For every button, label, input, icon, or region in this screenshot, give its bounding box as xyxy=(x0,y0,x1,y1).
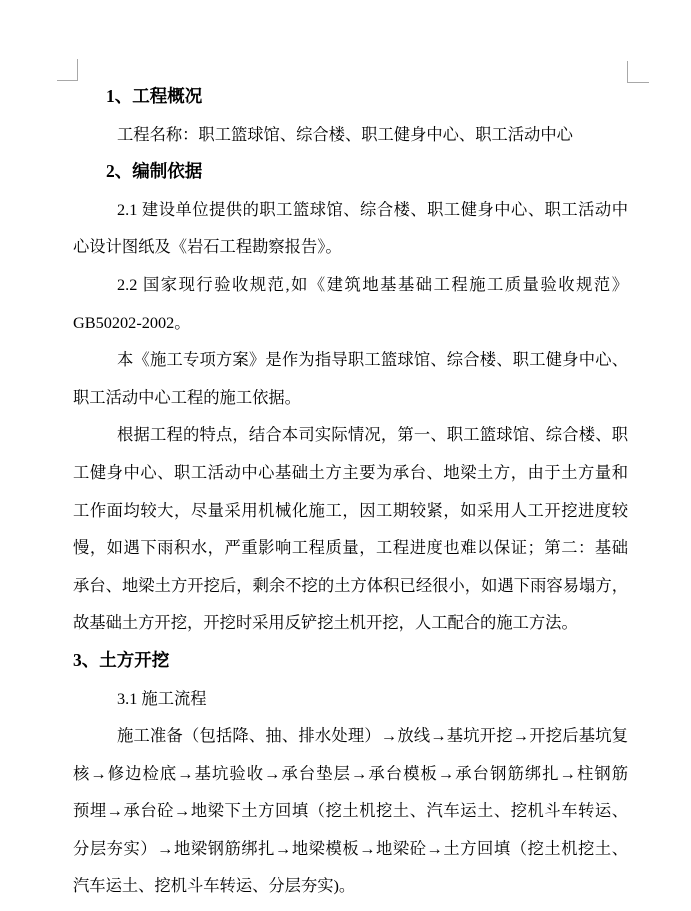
line-project-features-e: 承台、地梁土方开挖后，剩余不挖的土方体积已经很小，如遇下雨容易塌方， xyxy=(73,567,628,605)
line-project-features-f: 故基础土方开挖，开挖时采用反铲挖土机开挖，人工配合的施工方法。 xyxy=(73,604,628,642)
line-plan-purpose-a: 本《施工专项方案》是作为指导职工篮球馆、综合楼、职工健身中心、 xyxy=(73,341,628,379)
line-basis-2-1-a: 2.1 建设单位提供的职工篮球馆、综合楼、职工健身中心、职工活动中 xyxy=(73,191,628,229)
line-project-features-b: 工健身中心、职工活动中心基础土方主要为承台、地梁土方，由于土方量和 xyxy=(73,454,628,492)
line-project-features-c: 工作面均较大，尽量采用机械化施工，因工期较紧，如采用人工开挖进度较 xyxy=(73,492,628,530)
line-project-name: 工程名称：职工篮球馆、综合楼、职工健身中心、职工活动中心 xyxy=(73,116,628,154)
heading-3-earthwork-excavation: 3、土方开挖 xyxy=(73,642,628,680)
line-process-flow-a: 施工准备（包括降、抽、排水处理）→放线→基坑开挖→开挖后基坑复 xyxy=(73,717,628,755)
line-process-flow-c: 预埋→承台砼→地梁下土方回填（挖土机挖土、汽车运土、挖机斗车转运、 xyxy=(73,792,628,830)
line-basis-2-2-a: 2.2 国家现行验收规范,如《建筑地基基础工程施工质量验收规范》 xyxy=(73,266,628,304)
heading-1-project-overview: 1、工程概况 xyxy=(73,78,628,116)
line-basis-2-2-b: GB50202-2002。 xyxy=(73,304,628,342)
document-page: 1、工程概况 工程名称：职工篮球馆、综合楼、职工健身中心、职工活动中心 2、编制… xyxy=(0,0,691,911)
line-project-features-a: 根据工程的特点，结合本司实际情况，第一、职工篮球馆、综合楼、职 xyxy=(73,416,628,454)
line-process-flow-e: 汽车运土、挖机斗车转运、分层夯实)。 xyxy=(73,867,628,905)
line-project-features-d: 慢，如遇下雨积水，严重影响工程质量，工程进度也难以保证；第二：基础 xyxy=(73,529,628,567)
document-text-area: 1、工程概况 工程名称：职工篮球馆、综合楼、职工健身中心、职工活动中心 2、编制… xyxy=(73,78,628,905)
line-basis-2-1-b: 心设计图纸及《岩石工程勘察报告》。 xyxy=(73,228,628,266)
line-3-1-construction-process: 3.1 施工流程 xyxy=(73,680,628,718)
line-process-flow-b: 核→修边检底→基坑验收→承台垫层→承台模板→承台钢筋绑扎→柱钢筋 xyxy=(73,755,628,793)
heading-2-compilation-basis: 2、编制依据 xyxy=(73,153,628,191)
line-plan-purpose-b: 职工活动中心工程的施工依据。 xyxy=(73,379,628,417)
text-boundary-corner-top-right-icon xyxy=(627,61,649,83)
line-process-flow-d: 分层夯实）→地梁钢筋绑扎→地梁模板→地梁砼→土方回填（挖土机挖土、 xyxy=(73,830,628,868)
